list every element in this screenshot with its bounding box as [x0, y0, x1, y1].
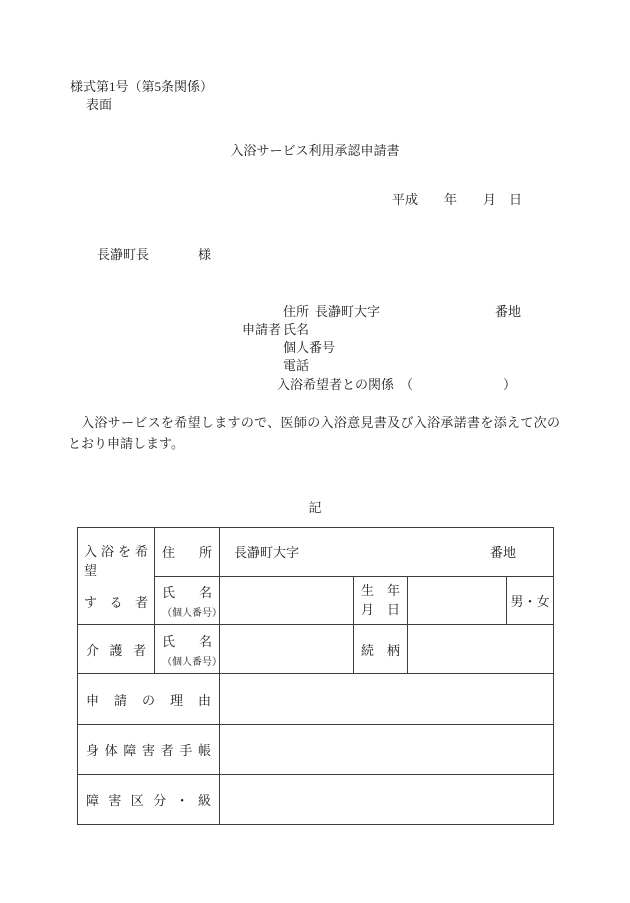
grade-label: 障害区分・級: [86, 790, 211, 809]
bather-name-label-cell: 氏名 （個人番号）: [155, 576, 220, 625]
birth-label-line1: 生年: [361, 581, 400, 600]
applicant-address-suffix: 番地: [495, 304, 521, 319]
form-document-page: 様式第1号（第5条関係） 表面 入浴サービス利用承認申請書 平成 年 月 日 長…: [0, 0, 630, 903]
caregiver-name-label-cell: 氏名 （個人番号）: [155, 625, 220, 674]
addressee-honorific: 様: [198, 247, 211, 262]
bather-address-label-cell: 住所: [155, 528, 220, 577]
applicant-group-label: 申請者: [242, 322, 281, 337]
bather-name-value-cell: [220, 576, 354, 625]
bather-group-cell: 入浴を希望 する者: [78, 528, 155, 625]
grade-value-cell: [220, 775, 554, 825]
document-title: 入浴サービス利用承認申請書: [0, 140, 630, 159]
grade-label-cell: 障害区分・級: [78, 775, 220, 825]
relation-paren-close: ）: [503, 377, 516, 392]
reason-value-cell: [220, 674, 554, 725]
date-line: 平成 年 月 日: [392, 192, 522, 207]
bather-address-prefix: 長瀞町大字: [234, 542, 299, 561]
birth-label-cell: 生年 月日: [354, 576, 408, 625]
applicant-name-label: 氏名: [283, 322, 309, 337]
caregiver-name-label: 氏名: [162, 631, 212, 650]
bather-address-label: 住所: [162, 542, 212, 561]
handbook-value-cell: [220, 725, 554, 775]
application-table: 入浴を希望 する者 住所 長瀞町大字 番地 氏名 （個人番号）: [77, 527, 554, 825]
handbook-label-cell: 身体障害者手帳: [78, 725, 220, 775]
applicant-relation-label: 入浴希望者との関係: [277, 377, 394, 392]
relation-label-cell: 続柄: [354, 625, 408, 674]
addressee: 長瀞町長: [97, 247, 149, 262]
caregiver-group-label: 介護者: [86, 640, 146, 659]
sex-cell: 男・女: [507, 576, 554, 625]
handbook-label: 身体障害者手帳: [86, 740, 211, 759]
applicant-phone-label: 電話: [283, 358, 309, 373]
relation-paren-open: （: [400, 377, 413, 392]
caregiver-name-sublabel: （個人番号）: [162, 653, 212, 668]
caregiver-name-value-cell: [220, 625, 354, 674]
sex-label: 男・女: [511, 594, 550, 609]
bather-group-label-line2: する者: [84, 592, 148, 611]
bather-address-suffix: 番地: [490, 542, 516, 561]
body-paragraph: 入浴サービスを希望しますので、医師の入浴意見書及び入浴承諾書を添えて次のとおり申…: [68, 412, 560, 454]
reason-label: 申請の理由: [86, 690, 211, 709]
applicant-personal-number-label: 個人番号: [283, 340, 335, 355]
birth-value-cell: [408, 576, 507, 625]
reason-label-cell: 申請の理由: [78, 674, 220, 725]
applicant-address-prefix: 長瀞町大字: [315, 304, 380, 319]
bather-address-value-cell: 長瀞町大字 番地: [220, 528, 554, 577]
bather-name-label: 氏名: [162, 582, 212, 601]
birth-label-line2: 月日: [361, 600, 400, 619]
bather-name-sublabel: （個人番号）: [162, 604, 212, 619]
caregiver-group-cell: 介護者: [78, 625, 155, 674]
section-mark: 記: [0, 497, 630, 516]
form-number: 様式第1号（第5条関係）: [70, 79, 213, 94]
bather-group-label-line1: 入浴を希望: [84, 541, 148, 579]
caregiver-relation-label: 続柄: [361, 640, 400, 659]
applicant-address-label: 住所: [283, 304, 309, 319]
page-side-label: 表面: [86, 97, 112, 112]
relation-value-cell: [408, 625, 554, 674]
